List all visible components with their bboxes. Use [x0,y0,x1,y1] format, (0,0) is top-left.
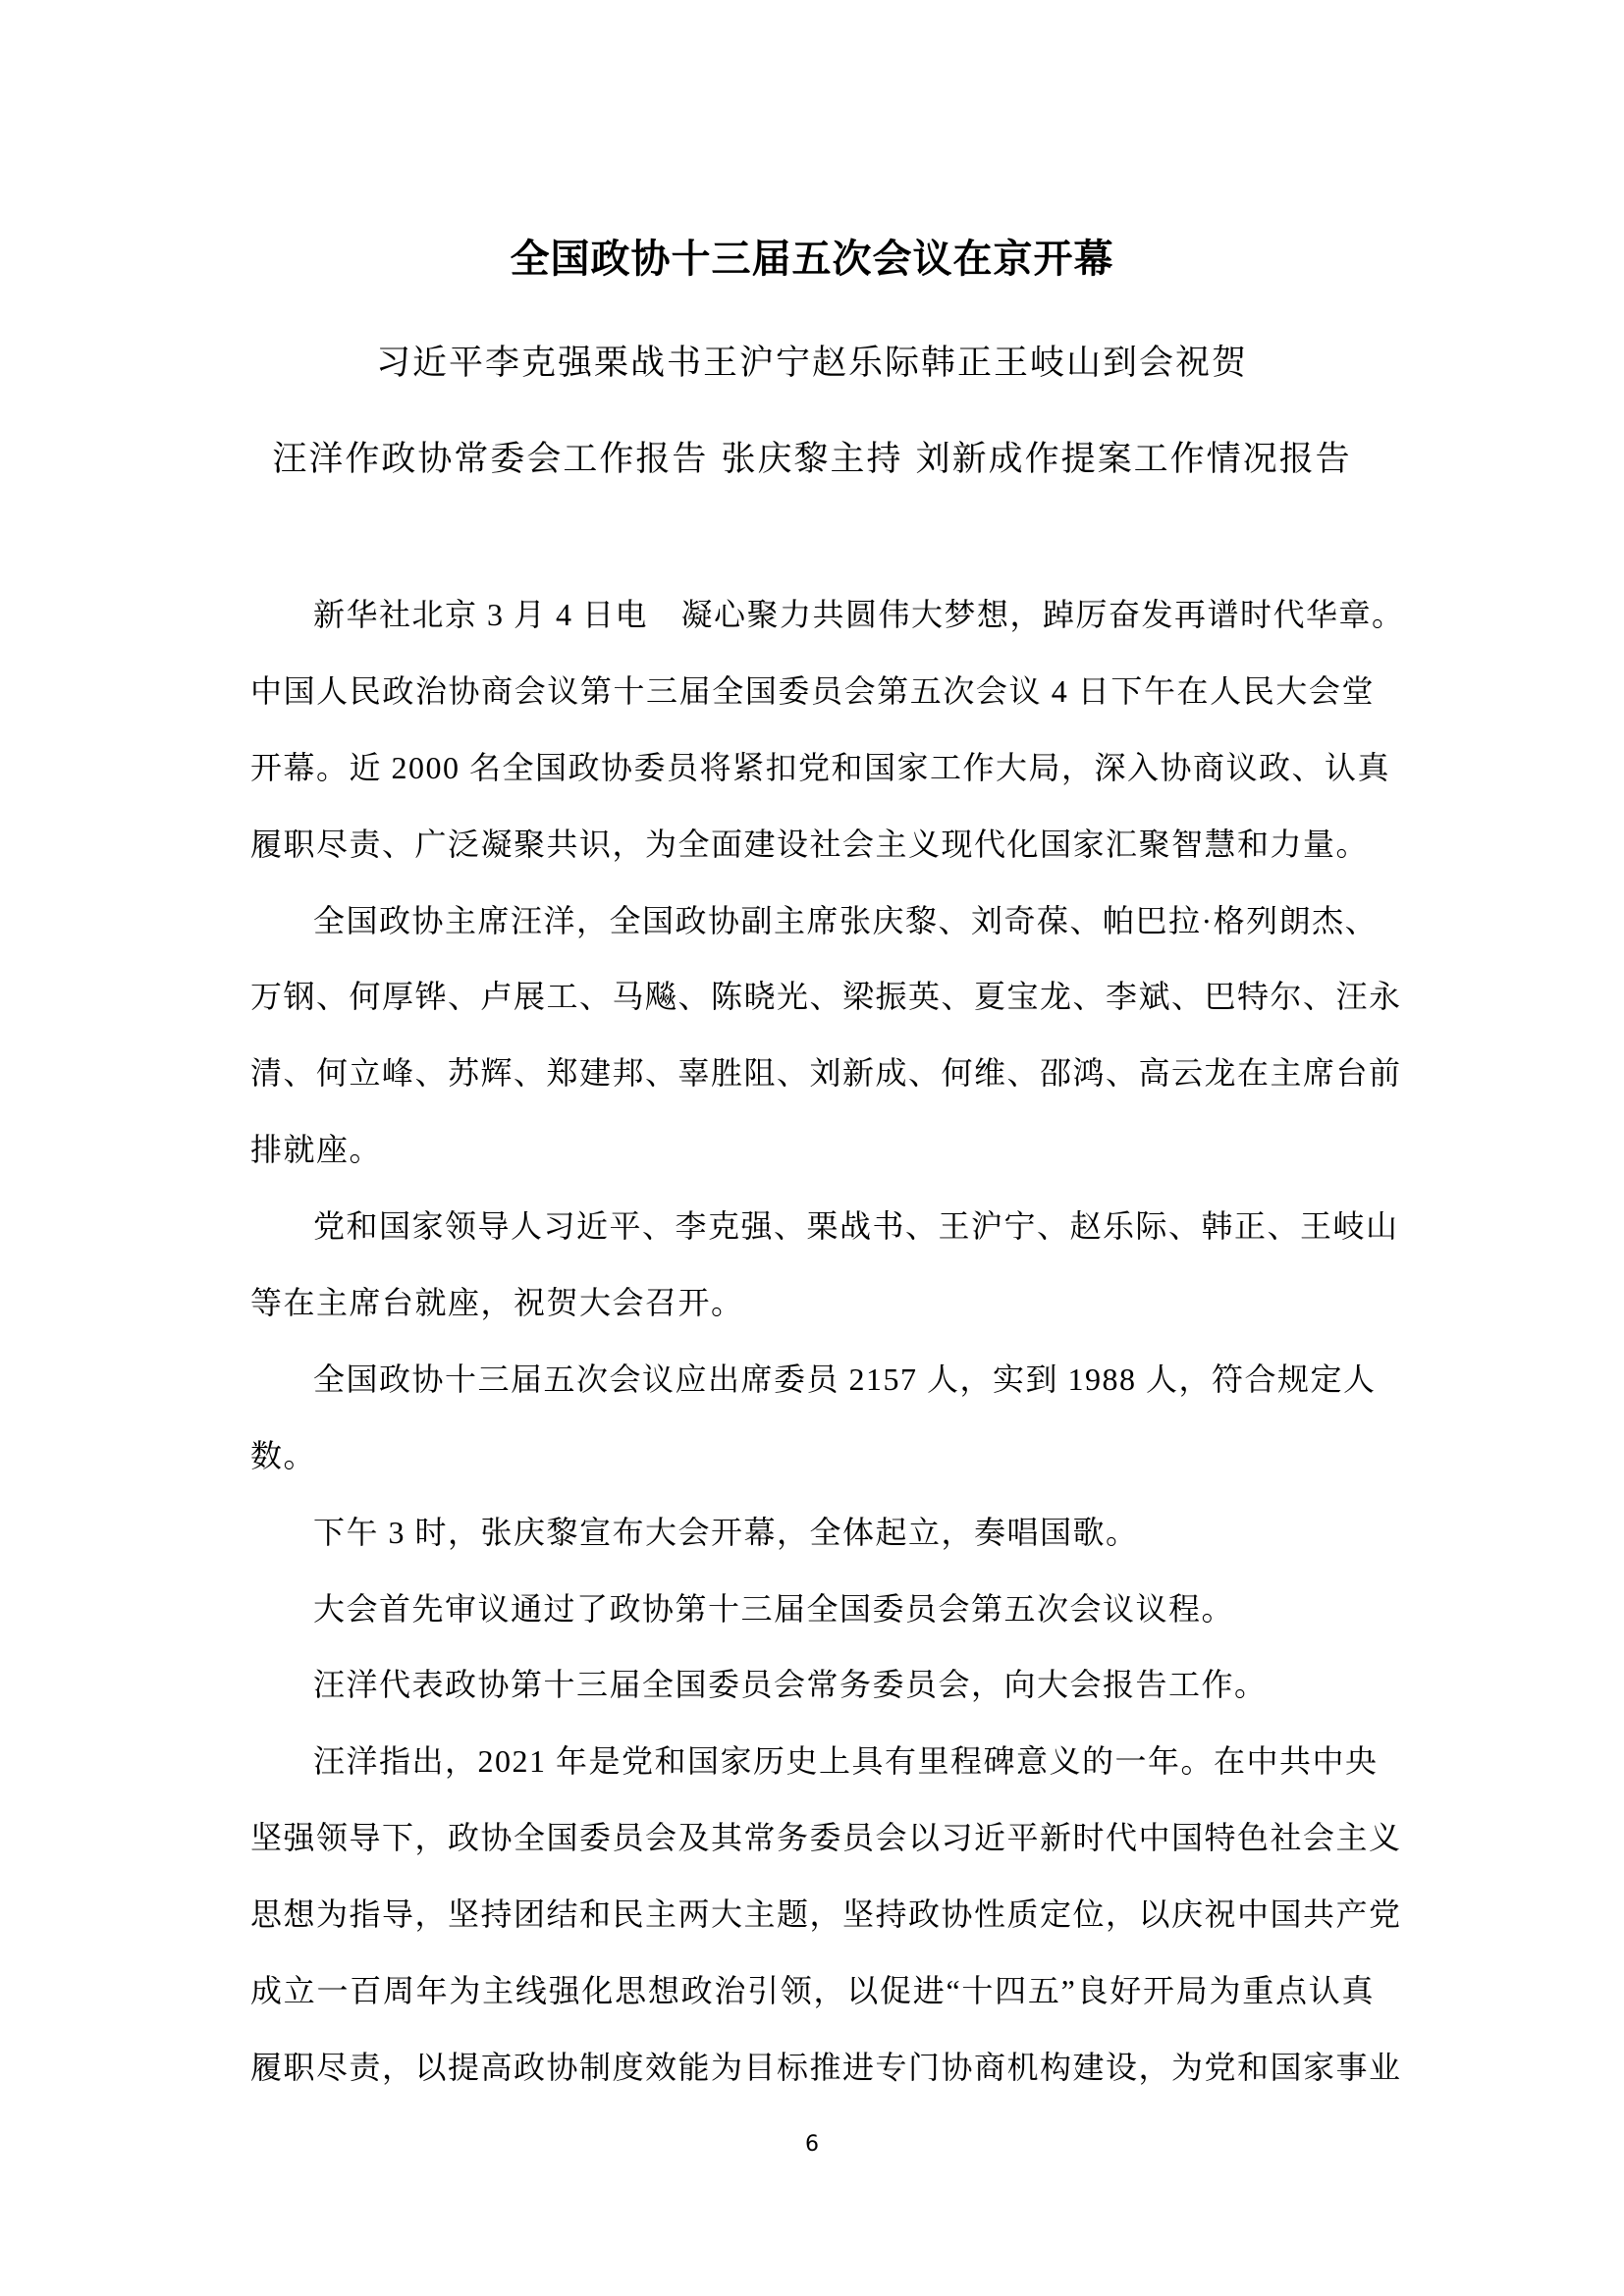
article-subtitle-1: 习近平李克强栗战书王沪宁赵乐际韩正王岐山到会祝贺 [0,339,1624,388]
paragraph-1-line-3: 开幕。近 2000 名全国政协委员将紧扣党和国家工作大局，深入协商议政、认真 [250,740,1375,817]
paragraph-3-line-2: 等在主席台就座，祝贺大会召开。 [250,1275,1375,1352]
paragraph-8-line-4: 成立一百周年为主线强化思想政治引领，以促进“十四五”良好开局为重点认真 [250,1963,1375,2040]
article-body: 新华社北京 3 月 4 日电 凝心聚力共圆伟大梦想，踔厉奋发再谱时代华章。 中国… [250,587,1375,2116]
paragraph-1-line-1: 新华社北京 3 月 4 日电 凝心聚力共圆伟大梦想，踔厉奋发再谱时代华章。 [250,587,1375,664]
paragraph-8-line-5: 履职尽责，以提高政协制度效能为目标推进专门协商机构建设，为党和国家事业 [250,2040,1375,2116]
document-page: 全国政协十三届五次会议在京开幕 习近平李克强栗战书王沪宁赵乐际韩正王岐山到会祝贺… [0,0,1624,2296]
paragraph-8-line-1: 汪洋指出，2021 年是党和国家历史上具有里程碑意义的一年。在中共中央 [250,1734,1375,1810]
paragraph-2-line-2: 万钢、何厚铧、卢展工、马飚、陈晓光、梁振英、夏宝龙、李斌、巴特尔、汪永 [250,969,1375,1045]
paragraph-5-line-1: 下午 3 时，张庆黎宣布大会开幕，全体起立，奏唱国歌。 [250,1505,1375,1581]
paragraph-8-line-2: 坚强领导下，政协全国委员会及其常务委员会以习近平新时代中国特色社会主义 [250,1810,1375,1887]
paragraph-3-line-1: 党和国家领导人习近平、李克强、栗战书、王沪宁、赵乐际、韩正、王岐山 [250,1199,1375,1275]
paragraph-2-line-3: 清、何立峰、苏辉、郑建邦、辜胜阻、刘新成、何维、邵鸿、高云龙在主席台前 [250,1045,1375,1122]
paragraph-2-line-4: 排就座。 [250,1122,1375,1199]
paragraph-7-line-1: 汪洋代表政协第十三届全国委员会常务委员会，向大会报告工作。 [250,1657,1375,1734]
paragraph-6-line-1: 大会首先审议通过了政协第十三届全国委员会第五次会议议程。 [250,1581,1375,1658]
paragraph-4-line-1: 全国政协十三届五次会议应出席委员 2157 人，实到 1988 人，符合规定人 [250,1352,1375,1428]
paragraph-1-line-4: 履职尽责、广泛凝聚共识，为全面建设社会主义现代化国家汇聚智慧和力量。 [250,817,1375,893]
article-subtitle-2: 汪洋作政协常委会工作报告 张庆黎主持 刘新成作提案工作情况报告 [0,435,1624,484]
paragraph-2-line-1: 全国政协主席汪洋，全国政协副主席张庆黎、刘奇葆、帕巴拉·格列朗杰、 [250,893,1375,970]
paragraph-4-line-2: 数。 [250,1428,1375,1505]
paragraph-8-line-3: 思想为指导，坚持团结和民主两大主题，坚持政协性质定位，以庆祝中国共产党 [250,1887,1375,1963]
page-number: 6 [0,2130,1624,2160]
article-title: 全国政协十三届五次会议在京开幕 [0,232,1624,287]
paragraph-1-line-2: 中国人民政治协商会议第十三届全国委员会第五次会议 4 日下午在人民大会堂 [250,664,1375,740]
